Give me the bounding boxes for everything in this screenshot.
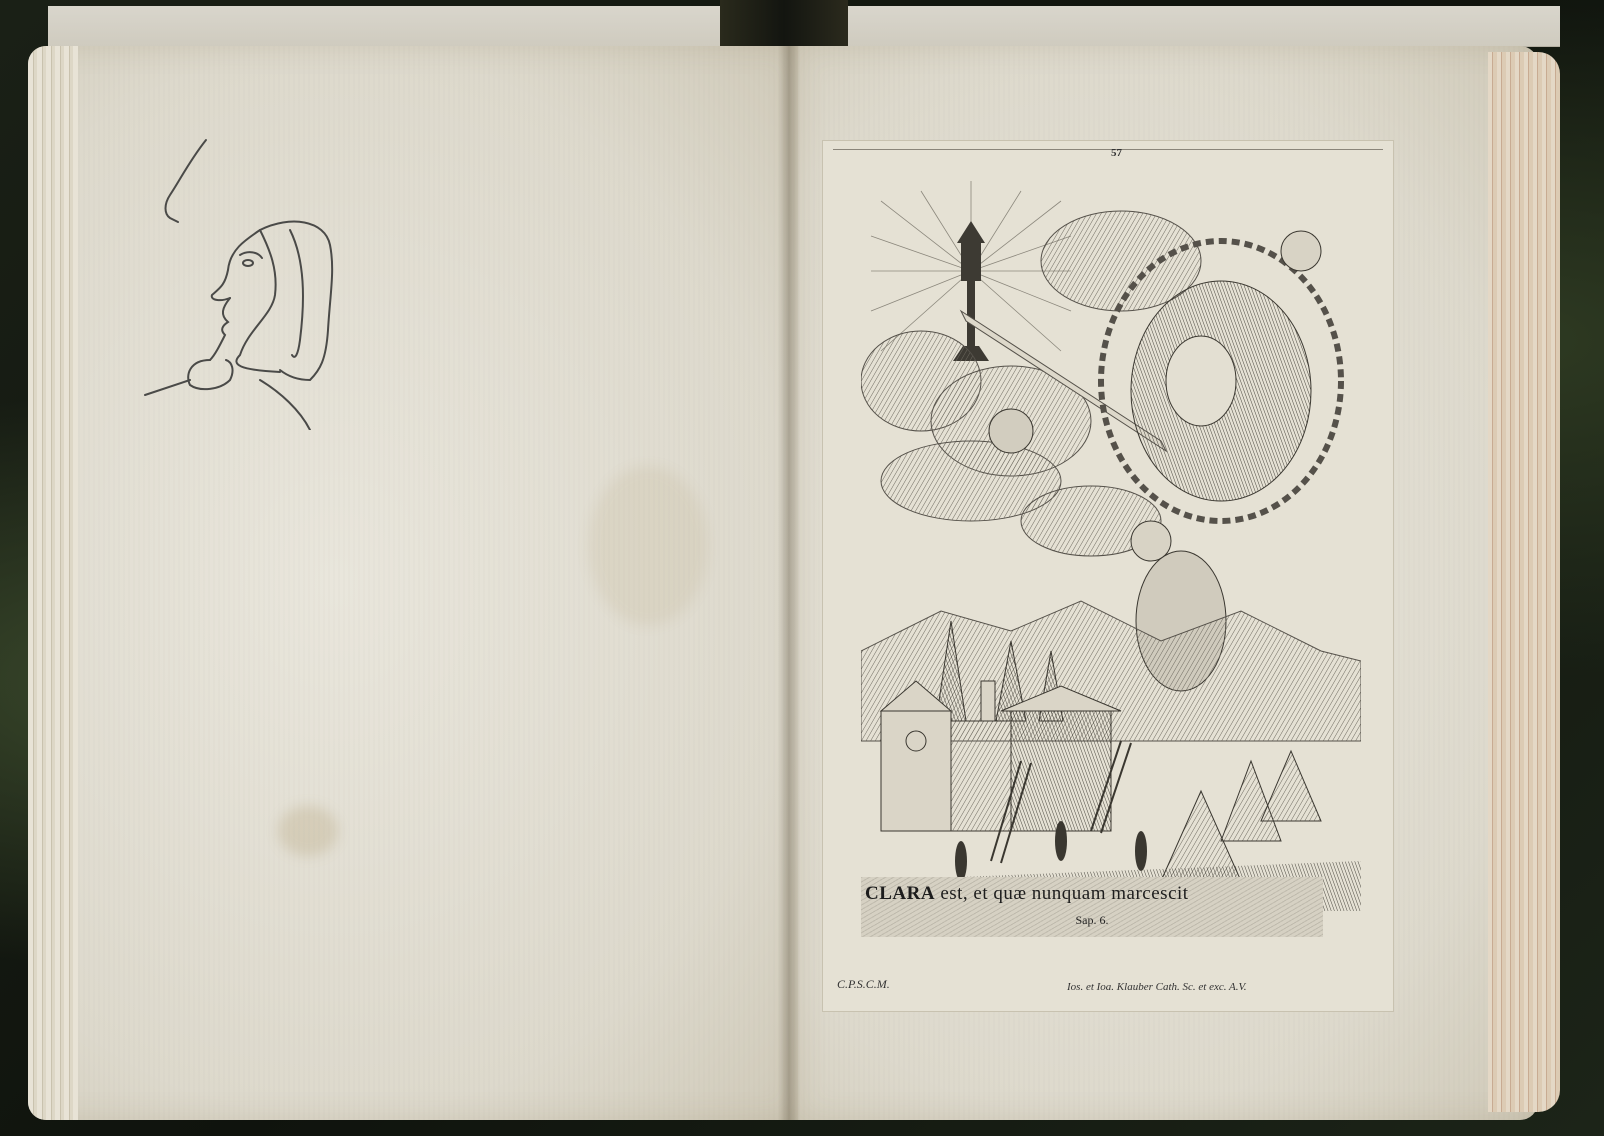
caption-initial: CLARA xyxy=(865,883,935,904)
page-edges-right xyxy=(1488,52,1560,1112)
engraving-plate: 57 xyxy=(822,140,1394,1012)
caption-reference: Sap. 6. xyxy=(861,913,1323,928)
pencil-sketch-icon xyxy=(130,130,350,430)
saint-face xyxy=(1166,336,1236,426)
engraving-illustration-icon xyxy=(861,181,1361,981)
page-edges-left xyxy=(28,46,78,1120)
plate-caption: CLARA est, et quæ nunquam marcescit xyxy=(865,883,1189,905)
book-spine xyxy=(720,0,848,50)
flyleaf-left xyxy=(48,6,720,47)
foxing-stain xyxy=(278,806,338,856)
foxing-stain xyxy=(588,466,708,626)
monstrance-icon xyxy=(953,221,989,361)
credit-left: C.P.S.C.M. xyxy=(837,977,890,992)
caption-text: est, et quæ nunquam marcescit xyxy=(935,883,1189,904)
plate-rule xyxy=(833,149,1383,150)
page-number: 57 xyxy=(1111,147,1122,159)
credit-right: Ios. et Ioa. Klauber Cath. Sc. et exc. A… xyxy=(1067,981,1247,993)
caption-band: CLARA est, et quæ nunquam marcescit Sap.… xyxy=(861,877,1323,937)
book-gutter xyxy=(778,46,800,1120)
army-tents xyxy=(1161,751,1321,881)
flyleaf-right xyxy=(848,6,1560,47)
